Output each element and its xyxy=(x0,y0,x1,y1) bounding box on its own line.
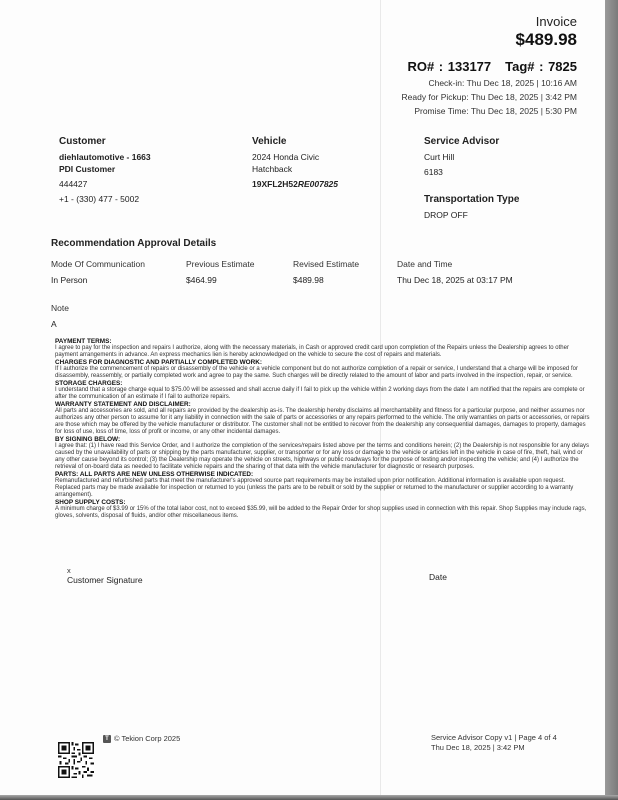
terms-body: A minimum charge of $3.99 or 15% of the … xyxy=(55,506,590,520)
revised-estimate-label: Revised Estimate xyxy=(293,259,359,269)
ready-for-pickup-time: Ready for Pickup: Thu Dec 18, 2025 | 3:4… xyxy=(402,92,577,102)
previous-estimate-label: Previous Estimate xyxy=(186,259,255,269)
terms-block: PAYMENT TERMS: I agree to pay for the in… xyxy=(55,338,590,359)
service-advisor-section: Service Advisor Curt Hill 6183 Transport… xyxy=(424,136,519,220)
scan-edge-bottom xyxy=(0,795,618,800)
datetime-label: Date and Time xyxy=(397,259,513,269)
customer-type: PDI Customer xyxy=(59,164,151,174)
footer-copyright: T © Tekion Corp 2025 xyxy=(103,734,180,743)
terms-body: I agree that: (1) I have read this Servi… xyxy=(55,443,590,471)
recommendation-title: Recommendation Approval Details xyxy=(51,238,591,249)
customer-heading: Customer xyxy=(59,136,151,147)
invoice-amount: $489.98 xyxy=(402,30,577,50)
ro-number: RO# : 133177 xyxy=(407,59,491,74)
terms-body: I understand that a storage charge equal… xyxy=(55,387,590,401)
invoice-page: Invoice $489.98 RO# : 133177Tag# : 7825 … xyxy=(0,0,605,795)
mode-label: Mode Of Communication xyxy=(51,259,145,269)
terms-heading: STORAGE CHARGES: xyxy=(55,380,590,387)
signature-mark: x xyxy=(67,566,143,575)
printed-datetime: Thu Dec 18, 2025 | 3:42 PM xyxy=(431,743,557,753)
vehicle-body: Hatchback xyxy=(252,164,338,174)
vehicle-section: Vehicle 2024 Honda Civic Hatchback 19XFL… xyxy=(252,136,338,189)
vin-prefix: 19XFL2H52 xyxy=(252,179,298,189)
terms-block: PARTS: ALL PARTS ARE NEW UNLESS OTHERWIS… xyxy=(55,471,590,499)
customer-name: diehlautomotive - 1663 xyxy=(59,152,151,162)
note: Note A xyxy=(51,303,69,329)
ro-tag-line: RO# : 133177Tag# : 7825 xyxy=(402,59,577,74)
invoice-label: Invoice xyxy=(402,14,577,29)
service-advisor-name: Curt Hill xyxy=(424,152,519,162)
transportation-value: DROP OFF xyxy=(424,210,519,220)
invoice-header: Invoice $489.98 RO# : 133177Tag# : 7825 … xyxy=(402,14,577,116)
terms-body: All parts and accessories are sold, and … xyxy=(55,408,590,436)
approval-datetime: Date and Time Thu Dec 18, 2025 at 03:17 … xyxy=(397,259,513,285)
revised-estimate-value: $489.98 xyxy=(293,275,359,285)
terms-body: If I authorize the commencement of repai… xyxy=(55,366,590,380)
customer-phone: +1 - (330) 477 - 5002 xyxy=(59,194,151,204)
customer-signature-label: Customer Signature xyxy=(67,575,143,585)
revised-estimate: Revised Estimate $489.98 xyxy=(293,259,359,285)
note-value: A xyxy=(51,319,69,329)
vehicle-heading: Vehicle xyxy=(252,136,338,147)
terms-heading: SHOP SUPPLY COSTS: xyxy=(55,499,590,506)
recommendation-section: Recommendation Approval Details Mode Of … xyxy=(51,238,591,319)
service-advisor-id: 6183 xyxy=(424,167,519,177)
vin-suffix: RE007825 xyxy=(298,179,338,189)
terms-block: STORAGE CHARGES: I understand that a sto… xyxy=(55,380,590,401)
vehicle-model: 2024 Honda Civic xyxy=(252,152,338,162)
terms-heading: CHARGES FOR DIAGNOSTIC AND PARTIALLY COM… xyxy=(55,359,590,366)
scan-edge-right xyxy=(605,0,618,800)
signature-date-label: Date xyxy=(429,572,447,582)
copyright-text: © Tekion Corp 2025 xyxy=(114,734,180,743)
terms-block: WARRANTY STATEMENT AND DISCLAIMER: All p… xyxy=(55,401,590,436)
previous-estimate: Previous Estimate $464.99 xyxy=(186,259,255,285)
transportation-heading: Transportation Type xyxy=(424,194,519,205)
terms-block: BY SIGNING BELOW: I agree that: (1) I ha… xyxy=(55,436,590,471)
service-advisor-heading: Service Advisor xyxy=(424,136,519,147)
datetime-value: Thu Dec 18, 2025 at 03:17 PM xyxy=(397,275,513,285)
mode-of-communication: Mode Of Communication In Person xyxy=(51,259,145,285)
customer-id: 444427 xyxy=(59,179,151,189)
tekion-logo-icon: T xyxy=(103,735,111,743)
vehicle-vin: 19XFL2H52RE007825 xyxy=(252,179,338,189)
terms-and-conditions: PAYMENT TERMS: I agree to pay for the in… xyxy=(55,338,590,520)
terms-heading: BY SIGNING BELOW: xyxy=(55,436,590,443)
recommendation-grid: Mode Of Communication In Person Previous… xyxy=(51,259,591,319)
terms-block: CHARGES FOR DIAGNOSTIC AND PARTIALLY COM… xyxy=(55,359,590,380)
mode-value: In Person xyxy=(51,275,145,285)
footer-info: Service Advisor Copy v1 | Page 4 of 4 Th… xyxy=(431,733,557,753)
terms-heading: WARRANTY STATEMENT AND DISCLAIMER: xyxy=(55,401,590,408)
terms-block: SHOP SUPPLY COSTS: A minimum charge of $… xyxy=(55,499,590,520)
terms-body: Remanufactured and refurbished parts tha… xyxy=(55,478,590,499)
promise-time: Promise Time: Thu Dec 18, 2025 | 5:30 PM xyxy=(402,106,577,116)
tag-number: Tag# : 7825 xyxy=(505,59,577,74)
copy-page-info: Service Advisor Copy v1 | Page 4 of 4 xyxy=(431,733,557,743)
note-label: Note xyxy=(51,303,69,313)
terms-body: I agree to pay for the inspection and re… xyxy=(55,345,590,359)
previous-estimate-value: $464.99 xyxy=(186,275,255,285)
terms-heading: PAYMENT TERMS: xyxy=(55,338,590,345)
customer-signature-area: x Customer Signature xyxy=(67,566,143,585)
customer-section: Customer diehlautomotive - 1663 PDI Cust… xyxy=(59,136,151,204)
check-in-time: Check-in: Thu Dec 18, 2025 | 10:16 AM xyxy=(402,78,577,88)
terms-heading: PARTS: ALL PARTS ARE NEW UNLESS OTHERWIS… xyxy=(55,471,590,478)
qr-code-icon xyxy=(58,742,94,778)
